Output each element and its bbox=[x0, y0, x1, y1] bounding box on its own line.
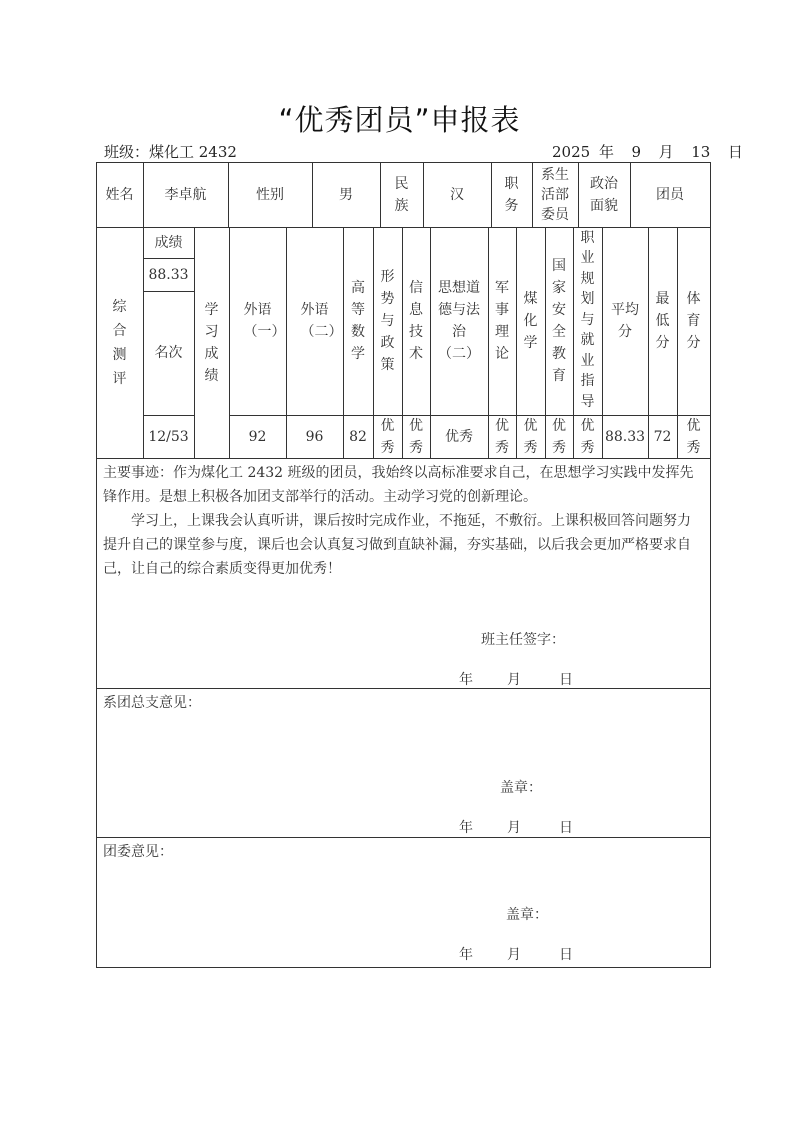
page-title: “优秀团员”申报表 bbox=[0, 98, 799, 139]
evaluation-label: 综合测评 bbox=[96, 227, 144, 459]
subject-header: 思想道德与法治（二） bbox=[430, 227, 489, 416]
subject-name: 外语（二） bbox=[301, 299, 329, 343]
subject-header: 体育分 bbox=[677, 227, 711, 416]
subject-name: 国家安全教育 bbox=[552, 255, 566, 387]
subject-value-text: 优秀 bbox=[495, 415, 509, 459]
ethnicity-label: 民族 bbox=[380, 162, 424, 228]
position-label-text: 职务 bbox=[505, 173, 519, 217]
subject-value-text: 优秀 bbox=[409, 415, 423, 459]
class-label: 班级：煤化工 2432 bbox=[104, 141, 237, 162]
subject-name: 信息技术 bbox=[409, 277, 423, 365]
subject-header: 形势与政策 bbox=[373, 227, 403, 416]
committee-year: 年 bbox=[459, 944, 473, 964]
name-value: 李卓航 bbox=[143, 162, 229, 228]
deeds-paragraph-2: 学习上，上课我会认真听讲，课后按时完成作业，不拖延，不敷衍。上课积极回答问题努力… bbox=[97, 509, 710, 581]
deeds-section: 主要事迹：作为煤化工 2432 班级的团员，我始终以高标准要求自己，在思想学习实… bbox=[96, 458, 711, 689]
teacher-signature-label: 班主任签字： bbox=[481, 629, 565, 649]
evaluation-label-text: 综合测评 bbox=[113, 295, 127, 391]
subject-header: 外语（一） bbox=[229, 227, 287, 416]
political-label-text: 政治面貌 bbox=[590, 173, 618, 217]
position-value-text: 系生活部委员 bbox=[541, 165, 569, 225]
subject-header: 军事理论 bbox=[488, 227, 517, 416]
subject-name: 外语（一） bbox=[244, 299, 272, 343]
date-day-unit: 日 bbox=[728, 143, 743, 161]
score-label: 成绩 bbox=[143, 227, 195, 259]
date-month-unit: 月 bbox=[659, 143, 674, 161]
subject-value: 72 bbox=[648, 415, 678, 459]
ethnicity-value: 汉 bbox=[423, 162, 492, 228]
date-month: 9 bbox=[632, 143, 642, 161]
political-value: 团员 bbox=[630, 162, 711, 228]
subject-value-text: 优秀 bbox=[552, 415, 566, 459]
subject-header: 信息技术 bbox=[402, 227, 431, 416]
committee-month: 月 bbox=[507, 944, 521, 964]
branch-opinion-label: 系团总支意见： bbox=[97, 689, 710, 715]
score-value: 88.33 bbox=[143, 258, 195, 292]
deeds-day: 日 bbox=[559, 669, 573, 689]
date-day: 13 bbox=[691, 143, 710, 161]
subject-name: 最低分 bbox=[656, 288, 670, 354]
position-value: 系生活部委员 bbox=[532, 162, 579, 228]
subject-value: 96 bbox=[286, 415, 344, 459]
subject-value: 优秀 bbox=[373, 415, 403, 459]
subject-header: 职业规划与就业指导 bbox=[573, 227, 603, 416]
deeds-year: 年 bbox=[459, 669, 473, 689]
subject-value: 优秀 bbox=[573, 415, 603, 459]
deeds-paragraph-1: 主要事迹：作为煤化工 2432 班级的团员，我始终以高标准要求自己，在思想学习实… bbox=[97, 459, 710, 509]
branch-year: 年 bbox=[459, 817, 473, 837]
branch-seal-label: 盖章： bbox=[500, 777, 542, 797]
subject-value: 优秀 bbox=[402, 415, 431, 459]
position-label: 职务 bbox=[491, 162, 533, 228]
rank-value: 12/53 bbox=[143, 415, 195, 459]
subject-value: 优秀 bbox=[516, 415, 546, 459]
branch-month: 月 bbox=[507, 817, 521, 837]
subject-header: 高等数学 bbox=[343, 227, 374, 416]
subject-value: 优秀 bbox=[545, 415, 574, 459]
name-label: 姓名 bbox=[96, 162, 144, 228]
subject-name: 职业规划与就业指导 bbox=[581, 228, 595, 413]
rank-label: 名次 bbox=[143, 291, 195, 416]
subject-name: 高等数学 bbox=[351, 277, 365, 365]
academic-label-text: 学习成绩 bbox=[205, 299, 219, 387]
political-label: 政治面貌 bbox=[578, 162, 631, 228]
subject-value: 优秀 bbox=[430, 415, 489, 459]
subject-name: 体育分 bbox=[687, 288, 701, 354]
gender-label: 性别 bbox=[228, 162, 313, 228]
committee-opinion-label: 团委意见： bbox=[97, 838, 710, 864]
gender-value: 男 bbox=[312, 162, 381, 228]
academic-label: 学习成绩 bbox=[194, 227, 230, 459]
report-date: 2025 年 9 月 13 日 bbox=[552, 141, 743, 162]
subject-value: 优秀 bbox=[677, 415, 711, 459]
date-year-unit: 年 bbox=[599, 143, 614, 161]
subject-value-text: 优秀 bbox=[524, 415, 538, 459]
subject-name: 煤化学 bbox=[524, 288, 538, 354]
committee-seal-label: 盖章： bbox=[506, 904, 548, 924]
committee-day: 日 bbox=[559, 944, 573, 964]
subject-value-text: 优秀 bbox=[381, 415, 395, 459]
branch-opinion-section: 系团总支意见： 盖章： 年 月 日 bbox=[96, 688, 711, 838]
subject-header: 国家安全教育 bbox=[545, 227, 574, 416]
subject-name: 平均分 bbox=[611, 299, 639, 343]
branch-day: 日 bbox=[559, 817, 573, 837]
subject-header: 外语（二） bbox=[286, 227, 344, 416]
committee-opinion-section: 团委意见： 盖章： 年 月 日 bbox=[96, 837, 711, 968]
deeds-month: 月 bbox=[507, 669, 521, 689]
subject-value: 88.33 bbox=[602, 415, 649, 459]
subject-value: 92 bbox=[229, 415, 287, 459]
subject-name: 形势与政策 bbox=[381, 266, 395, 376]
subject-value: 82 bbox=[343, 415, 374, 459]
subject-header: 最低分 bbox=[648, 227, 678, 416]
subject-value: 优秀 bbox=[488, 415, 517, 459]
subject-value-text: 优秀 bbox=[581, 415, 595, 459]
subject-header: 煤化学 bbox=[516, 227, 546, 416]
date-year: 2025 bbox=[552, 143, 590, 161]
subject-header: 平均分 bbox=[602, 227, 649, 416]
subject-value-text: 优秀 bbox=[687, 415, 701, 459]
subject-name: 思想道德与法治（二） bbox=[438, 277, 480, 365]
subject-name: 军事理论 bbox=[495, 277, 509, 365]
ethnicity-label-text: 民族 bbox=[395, 173, 409, 217]
